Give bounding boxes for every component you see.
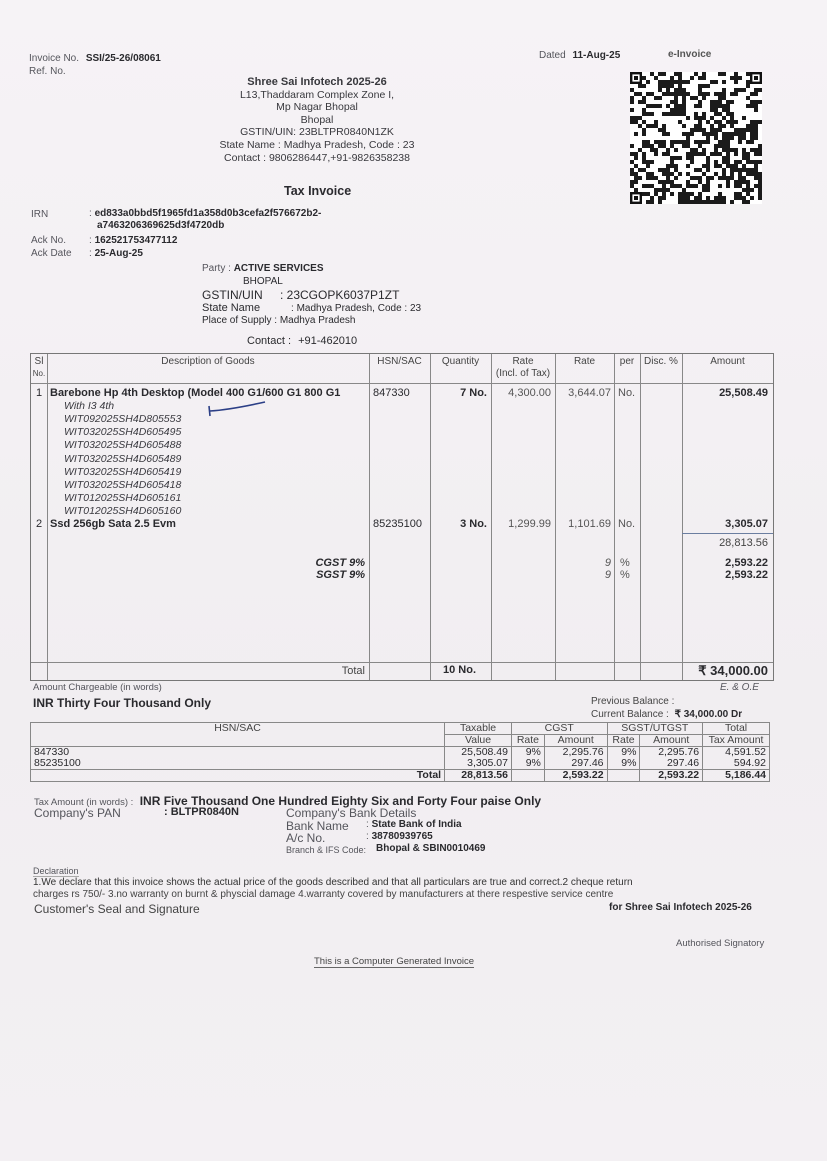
customer-seal: Customer's Seal and Signature bbox=[34, 902, 200, 916]
serial-number: WIT032025SH4D605419 bbox=[64, 466, 181, 478]
company-address-1: L13,Thaddaram Complex Zone I, bbox=[200, 89, 434, 102]
item-2-amount: 3,305.07 bbox=[682, 518, 768, 530]
header-disc: Disc. % bbox=[640, 356, 682, 368]
tax-cell-sgst-rate: 9% bbox=[607, 758, 640, 770]
document-title: Tax Invoice bbox=[284, 184, 351, 198]
company-address-2: Mp Nagar Bhopal bbox=[200, 101, 434, 114]
tax-header-cgst-rate: Rate bbox=[511, 735, 544, 747]
tax-header-total: Total bbox=[703, 723, 770, 735]
item-1-description: Barebone Hp 4th Desktop (Model 400 G1/60… bbox=[50, 387, 340, 399]
tax-total-sgst: 2,593.22 bbox=[640, 770, 703, 782]
ack-no-value: 162521753477112 bbox=[95, 235, 178, 246]
company-name: Shree Sai Infotech 2025-26 bbox=[200, 76, 434, 89]
item-2-sl: 2 bbox=[36, 518, 42, 530]
branch-label: Branch & IFS Code: bbox=[286, 845, 366, 855]
ref-no-label: Ref. No. bbox=[29, 66, 66, 77]
subtotal: 28,813.56 bbox=[682, 537, 768, 549]
party-gstin: 23CGOPK6037P1ZT bbox=[287, 288, 400, 302]
tax-header-cgst-amount: Amount bbox=[544, 735, 607, 747]
item-1-quantity: 7 No. bbox=[430, 387, 487, 399]
header-sl: SlNo. bbox=[31, 356, 47, 380]
tax-total-cgst: 2,593.22 bbox=[544, 770, 607, 782]
tax-cell-cgst-rate: 9% bbox=[511, 758, 544, 770]
bank-details-title: Company's Bank Details bbox=[286, 806, 416, 820]
irn-label: IRN bbox=[31, 209, 48, 220]
total-quantity: 10 No. bbox=[443, 664, 476, 676]
party-contact-label: Contact : bbox=[247, 335, 291, 347]
declaration-line-1: 1.We declare that this invoice shows the… bbox=[33, 877, 633, 888]
company-city: Bhopal bbox=[200, 114, 434, 127]
invoice-no-label: Invoice No. bbox=[29, 53, 79, 64]
serial-number: WIT032025SH4D605418 bbox=[64, 479, 181, 491]
ack-no-label: Ack No. bbox=[31, 235, 66, 246]
cgst-amount: 2,593.22 bbox=[682, 557, 768, 569]
ack-no: : 162521753477112 bbox=[89, 235, 177, 246]
tax-cell-taxable: 3,305.07 bbox=[445, 758, 512, 770]
item-2-description: Ssd 256gb Sata 2.5 Evm bbox=[50, 518, 176, 530]
tax-cell-hsn: 847330 bbox=[31, 747, 445, 759]
einvoice-label: e-Invoice bbox=[668, 49, 711, 60]
ac-no: : 38780939765 bbox=[366, 831, 433, 842]
sgst-rate: 9 bbox=[591, 569, 611, 581]
header-rate: Rate bbox=[555, 356, 614, 368]
item-2-rate: 1,101.69 bbox=[555, 518, 611, 530]
current-balance-label: Current Balance : bbox=[591, 709, 669, 720]
company-state: State Name : Madhya Pradesh, Code : 23 bbox=[200, 139, 434, 152]
party-contact: +91-462010 bbox=[298, 335, 357, 347]
tax-table-row: 84733025,508.499%2,295.769%2,295.764,591… bbox=[31, 747, 770, 759]
item-1-amount: 25,508.49 bbox=[682, 387, 768, 399]
dated-value: 11-Aug-25 bbox=[572, 50, 620, 61]
item-2-quantity: 3 No. bbox=[430, 518, 487, 530]
previous-balance-label: Previous Balance : bbox=[591, 696, 674, 707]
tax-total-label: Total bbox=[31, 770, 445, 782]
party-contact-row: Contact : +91-462010 bbox=[247, 335, 357, 347]
invoice-page: Invoice No. SSI/25-26/08061 Ref. No. Dat… bbox=[0, 0, 827, 1161]
dated-row: Dated 11-Aug-25 bbox=[539, 50, 620, 61]
current-balance-row: Current Balance : ₹ 34,000.00 Dr bbox=[591, 709, 742, 720]
tax-header-sgst-amount: Amount bbox=[640, 735, 703, 747]
pen-mark-icon bbox=[207, 400, 269, 422]
bank-name: : State Bank of India bbox=[366, 819, 462, 830]
tax-total-taxable: 28,813.56 bbox=[445, 770, 512, 782]
invoice-no: SSI/25-26/08061 bbox=[86, 53, 161, 64]
party-row: Party : ACTIVE SERVICES bbox=[202, 263, 324, 274]
cgst-rate: 9 bbox=[591, 557, 611, 569]
header-quantity: Quantity bbox=[430, 356, 491, 368]
party-state: Madhya Pradesh, Code : 23 bbox=[297, 303, 422, 314]
tax-header-taxable: Taxable bbox=[445, 723, 512, 735]
branch-value: Bhopal & SBIN0010469 bbox=[376, 843, 486, 854]
party-state-row: State Name: Madhya Pradesh, Code : 23 bbox=[202, 302, 421, 314]
item-1-rate-incl: 4,300.00 bbox=[491, 387, 551, 399]
party-label: Party : bbox=[202, 263, 231, 274]
header-hsn: HSN/SAC bbox=[369, 356, 430, 368]
party-gstin-label: GSTIN/UIN bbox=[202, 288, 280, 302]
irn-line-2: a7463206369625d3f4720db bbox=[89, 220, 321, 232]
serial-number: WIT012025SH4D605160 bbox=[64, 505, 181, 517]
eoe: E. & O.E bbox=[720, 682, 759, 693]
tax-header-total-2: Tax Amount bbox=[703, 735, 770, 747]
item-1-rate: 3,644.07 bbox=[555, 387, 611, 399]
tax-header-taxable-2: Value bbox=[445, 735, 512, 747]
ack-date-label: Ack Date bbox=[31, 248, 72, 259]
amount-words: INR Thirty Four Thousand Only bbox=[33, 696, 211, 710]
hsn-tax-table: HSN/SAC Taxable CGST SGST/UTGST Total Va… bbox=[30, 722, 770, 782]
header-description: Description of Goods bbox=[47, 356, 369, 368]
tax-table-row: 852351003,305.079%297.469%297.46594.92 bbox=[31, 758, 770, 770]
cgst-unit: % bbox=[620, 557, 630, 569]
tax-cell-total: 594.92 bbox=[703, 758, 770, 770]
items-table: SlNo. Description of Goods HSN/SAC Quant… bbox=[30, 353, 774, 681]
serial-number: WIT012025SH4D605161 bbox=[64, 492, 181, 504]
item-2-per: No. bbox=[618, 518, 635, 530]
for-company: for Shree Sai Infotech 2025-26 bbox=[609, 902, 752, 913]
serial-number: WIT092025SH4D805553 bbox=[64, 413, 181, 425]
serial-number: WIT032025SH4D605489 bbox=[64, 453, 181, 465]
party-pos: Madhya Pradesh bbox=[280, 315, 356, 326]
tax-cell-cgst-amt: 297.46 bbox=[544, 758, 607, 770]
current-balance: ₹ 34,000.00 Dr bbox=[675, 709, 743, 720]
header-rate-incl: Rate(Incl. of Tax) bbox=[491, 356, 555, 380]
irn-value: : ed833a0bbd5f1965fd1a358d0b3cefa2f57667… bbox=[89, 208, 321, 232]
tax-header-hsn: HSN/SAC bbox=[31, 723, 445, 747]
sgst-amount: 2,593.22 bbox=[682, 569, 768, 581]
header-amount: Amount bbox=[682, 356, 773, 368]
item-1-per: No. bbox=[618, 387, 635, 399]
invoice-number-row: Invoice No. SSI/25-26/08061 bbox=[29, 53, 161, 64]
tax-total-amount: 5,186.44 bbox=[703, 770, 770, 782]
header-per: per bbox=[614, 356, 640, 368]
tax-header-cgst: CGST bbox=[511, 723, 607, 735]
total-amount: ₹ 34,000.00 bbox=[682, 663, 768, 679]
declaration-line-2: charges rs 750/- 3.no warranty on burnt … bbox=[33, 889, 613, 900]
tax-cell-hsn: 85235100 bbox=[31, 758, 445, 770]
total-label: Total bbox=[47, 665, 365, 677]
tax-cell-sgst-amt: 297.46 bbox=[640, 758, 703, 770]
amount-words-label: Amount Chargeable (in words) bbox=[33, 682, 162, 693]
item-2-hsn: 85235100 bbox=[373, 518, 422, 530]
computer-generated-note: This is a Computer Generated Invoice bbox=[314, 956, 474, 968]
tax-header-sgst-rate: Rate bbox=[607, 735, 640, 747]
serial-number: WIT032025SH4D605495 bbox=[64, 426, 181, 438]
ac-no-label: A/c No. bbox=[286, 831, 325, 845]
item-1-sub: With I3 4th bbox=[64, 400, 114, 412]
company-gstin: GSTIN/UIN: 23BLTPR0840N1ZK bbox=[200, 126, 434, 139]
ack-date-value: 25-Aug-25 bbox=[95, 248, 143, 259]
authorised-signatory: Authorised Signatory bbox=[676, 938, 764, 949]
sgst-label: SGST 9% bbox=[231, 569, 365, 581]
party-name: ACTIVE SERVICES bbox=[234, 263, 324, 274]
party-gstin-row: GSTIN/UIN: 23CGOPK6037P1ZT bbox=[202, 288, 399, 302]
party-pos-row: Place of Supply : Madhya Pradesh bbox=[202, 315, 355, 326]
party-state-label: State Name bbox=[202, 302, 291, 314]
item-2-rate-incl: 1,299.99 bbox=[491, 518, 551, 530]
ack-date: : 25-Aug-25 bbox=[89, 248, 143, 259]
party-pos-label: Place of Supply bbox=[202, 315, 272, 326]
tax-header-sgst: SGST/UTGST bbox=[607, 723, 703, 735]
einvoice-qr-code bbox=[630, 72, 762, 204]
item-1-hsn: 847330 bbox=[373, 387, 410, 399]
tax-total-row: Total 28,813.56 2,593.22 2,593.22 5,186.… bbox=[31, 770, 770, 782]
company-contact: Contact : 9806286447,+91-9826358238 bbox=[200, 152, 434, 165]
declaration-label: Declaration bbox=[33, 866, 79, 877]
pan-value: : BLTPR0840N bbox=[164, 806, 239, 818]
cgst-label: CGST 9% bbox=[231, 557, 365, 569]
pan-label: Company's PAN bbox=[34, 806, 121, 820]
serial-number: WIT032025SH4D605488 bbox=[64, 439, 181, 451]
party-city: BHOPAL bbox=[243, 276, 283, 287]
company-block: Shree Sai Infotech 2025-26 L13,Thaddaram… bbox=[200, 76, 434, 164]
item-1-sl: 1 bbox=[36, 387, 42, 399]
irn-line-1: ed833a0bbd5f1965fd1a358d0b3cefa2f576672b… bbox=[95, 208, 322, 219]
dated-label: Dated bbox=[539, 50, 566, 61]
sgst-unit: % bbox=[620, 569, 630, 581]
